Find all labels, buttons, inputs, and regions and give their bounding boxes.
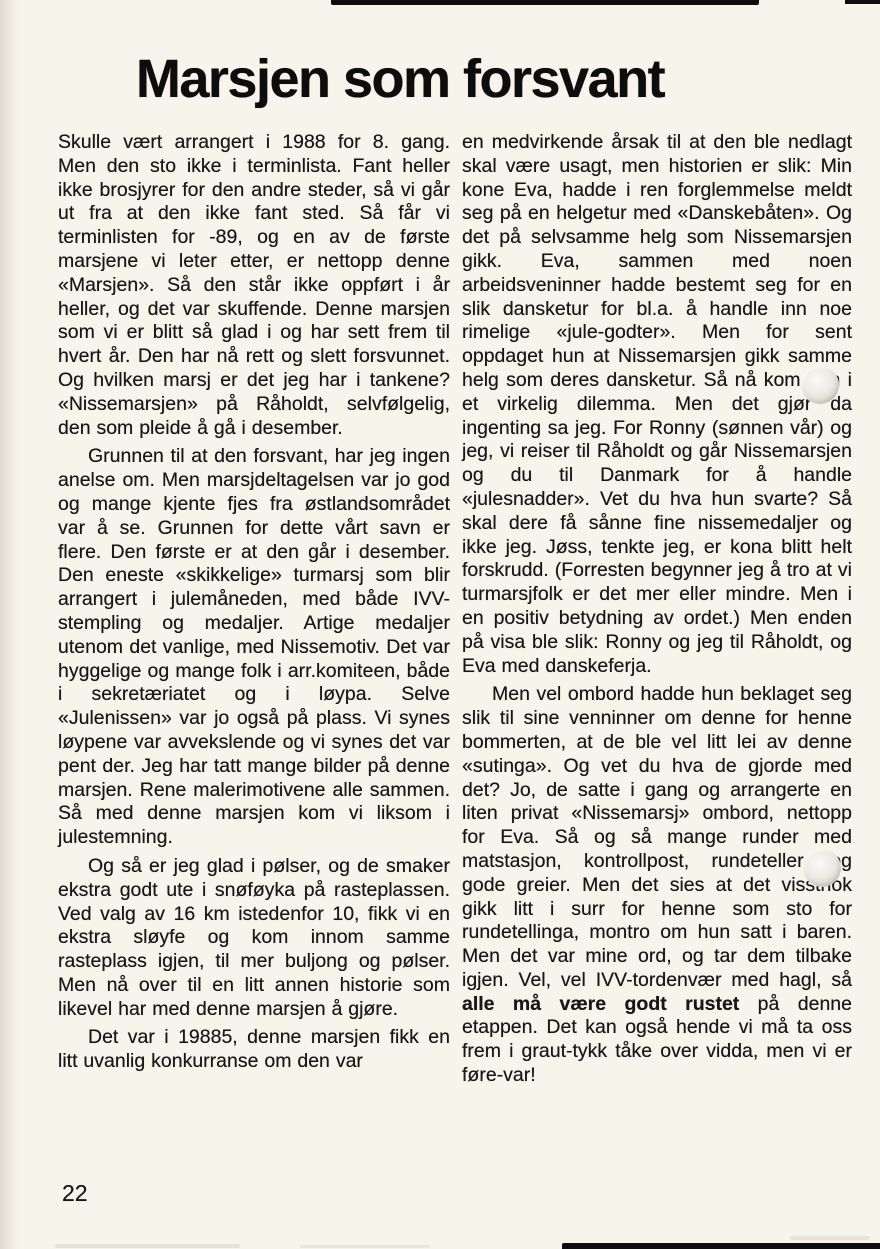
article-column-left: Skulle vært arrangert i 1988 for 8. gang…: [58, 131, 450, 1079]
text-segment: en medvirkende årsak til at den ble nedl…: [462, 131, 852, 677]
scan-edge-shading: [0, 0, 18, 1249]
scanned-page: Marsjen som forsvant Skulle vært arrange…: [0, 0, 880, 1249]
scan-artifact-bottom-bar: [562, 1243, 880, 1249]
scan-smudge: [790, 1236, 870, 1240]
article-paragraph: Og så er jeg glad i pølser, og de smaker…: [58, 855, 450, 1022]
scan-artifact-top-right-bar: [845, 0, 880, 4]
page-number: 22: [62, 1180, 88, 1207]
article-title: Marsjen som forsvant: [55, 48, 745, 110]
text-segment: Skulle vært arrangert i 1988 for 8. gang…: [58, 131, 450, 439]
article-paragraph: Men vel ombord hadde hun beklaget seg sl…: [462, 683, 852, 1088]
hole-punch-mark: [803, 849, 841, 887]
article-paragraph: Skulle vært arrangert i 1988 for 8. gang…: [58, 131, 450, 440]
text-segment: Men vel ombord hadde hun beklaget seg sl…: [462, 683, 852, 991]
scan-artifact-top-bar: [331, 0, 759, 5]
scan-smudge: [55, 1244, 240, 1248]
bold-text-segment: alle må være godt rustet: [462, 993, 739, 1015]
text-segment: Grunnen til at den forsvant, har jeg ing…: [58, 445, 450, 848]
text-segment: Det var i 19885, denne marsjen fikk en l…: [58, 1026, 450, 1072]
text-segment: Og så er jeg glad i pølser, og de smaker…: [58, 855, 450, 1020]
article-paragraph: en medvirkende årsak til at den ble nedl…: [462, 131, 852, 678]
article-paragraph: Grunnen til at den forsvant, har jeg ing…: [58, 445, 450, 850]
article-paragraph: Det var i 19885, denne marsjen fikk en l…: [58, 1026, 450, 1074]
scan-smudge: [300, 1245, 430, 1248]
hole-punch-mark: [801, 366, 839, 404]
article-column-right: en medvirkende årsak til at den ble nedl…: [462, 131, 852, 1093]
